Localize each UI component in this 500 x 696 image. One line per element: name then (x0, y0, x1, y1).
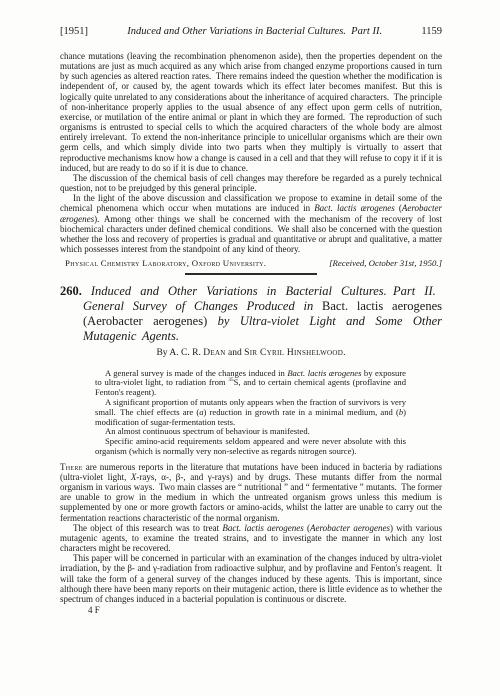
running-header: [1951] Induced and Other Variations in B… (60, 26, 442, 38)
abstract-paragraph-2: A significant proportion of mutants only… (95, 398, 406, 427)
article-heading: 260.Induced and Other Variations in Bact… (60, 284, 442, 344)
intro-paragraph-2: The discussion of the chemical basis of … (60, 173, 442, 193)
journal-page: [1951] Induced and Other Variations in B… (0, 0, 500, 696)
body-paragraph-1: There are numerous reports in the litera… (60, 462, 442, 523)
header-year: [1951] (60, 26, 88, 38)
body-paragraph-2: The object of this research was to treat… (60, 523, 442, 553)
body-section: There are numerous reports in the litera… (60, 462, 442, 604)
article-number: 260. (60, 284, 82, 298)
printers-signature-mark: 4 F (60, 605, 442, 615)
intro-section: chance mutations (leaving the recombinat… (60, 51, 442, 254)
header-running-title: Induced and Other Variations in Bacteria… (127, 26, 382, 38)
abstract-paragraph-4: Specific amino-acid requirements seldom … (95, 437, 406, 457)
article-title-text: Induced and Other Variations in Bacteria… (83, 284, 442, 343)
section-divider-rule (185, 273, 317, 275)
received-date: [Received, October 31st, 1950.] (329, 258, 442, 268)
institution-name: Physical Chemistry Laboratory, Oxford Un… (65, 258, 266, 268)
intro-paragraph-3: In the light of the above discussion and… (60, 193, 442, 254)
intro-paragraph-1: chance mutations (leaving the recombinat… (60, 51, 442, 173)
body-paragraph-3: This paper will be concerned in particul… (60, 553, 442, 604)
affiliation-line: Physical Chemistry Laboratory, Oxford Un… (60, 258, 442, 268)
header-page-number: 1159 (421, 26, 442, 38)
abstract-paragraph-1: A general survey is made of the changes … (95, 369, 406, 398)
byline: By A. C. R. Dean and Sir Cyril Hinshelwo… (60, 348, 442, 359)
abstract-section: A general survey is made of the changes … (95, 369, 406, 457)
